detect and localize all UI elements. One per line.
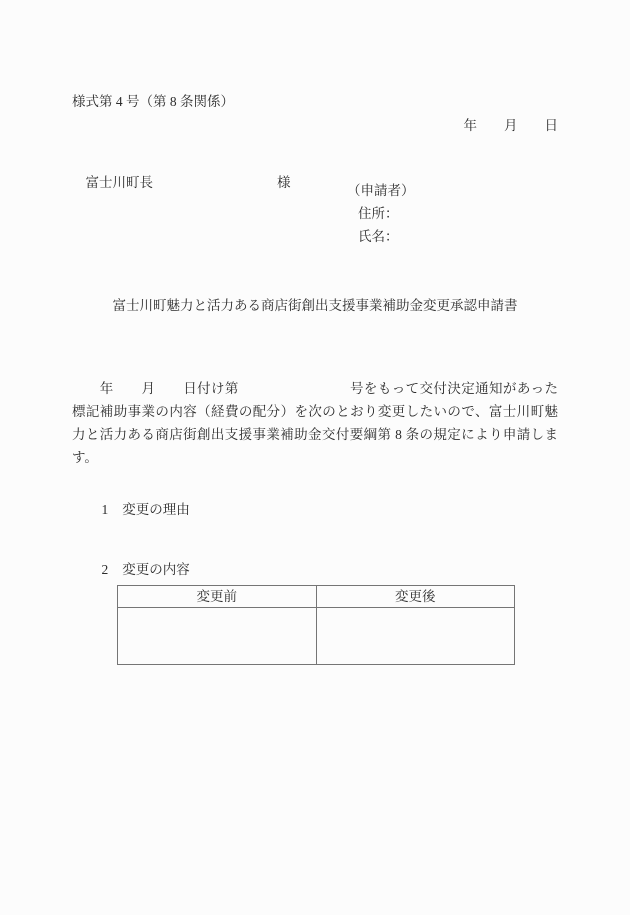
change-table: 変更前 変更後	[117, 585, 515, 665]
date-line: 年 月 日	[464, 118, 559, 134]
item-number: 1	[102, 502, 109, 517]
item-label: 変更の理由	[122, 502, 190, 517]
body-line-2: 標記補助事業の内容（経費の配分）を次のとおり変更したいので、富士川町魅	[72, 404, 558, 420]
form-number: 様式第 4 号（第 8 条関係）	[72, 94, 234, 110]
honorific-sama: 様	[277, 175, 291, 190]
table-header-row: 変更前 変更後	[118, 586, 515, 608]
table-header-after: 変更後	[316, 586, 515, 608]
name-field-label: 氏名：	[358, 229, 399, 245]
body-line-3: 力と活力ある商店街創出支援事業補助金交付要綱第 8 条の規定により申請しま	[72, 427, 558, 443]
table-row	[118, 608, 515, 665]
addressee-line: 富士川町長様	[72, 159, 291, 207]
item-label: 変更の内容	[122, 562, 190, 577]
body-line-4: す。	[72, 450, 558, 466]
address-field-label: 住所：	[358, 206, 399, 222]
table-cell-after	[316, 608, 515, 665]
addressee-name: 富士川町長	[86, 175, 154, 190]
item-number: 2	[102, 562, 109, 577]
document-page: 様式第 4 号（第 8 条関係） 年 月 日 富士川町長様 （申請者） 住所： …	[0, 0, 630, 915]
body-line-1: 年 月 日付け第 号をもって交付決定通知があった	[72, 381, 558, 397]
applicant-label: （申請者）	[347, 183, 415, 199]
item-change-reason: 1変更の理由	[88, 486, 190, 534]
table-header-before: 変更前	[118, 586, 317, 608]
document-title: 富士川町魅力と活力ある商店街創出支援事業補助金変更承認申請書	[0, 298, 630, 314]
table-cell-before	[118, 608, 317, 665]
